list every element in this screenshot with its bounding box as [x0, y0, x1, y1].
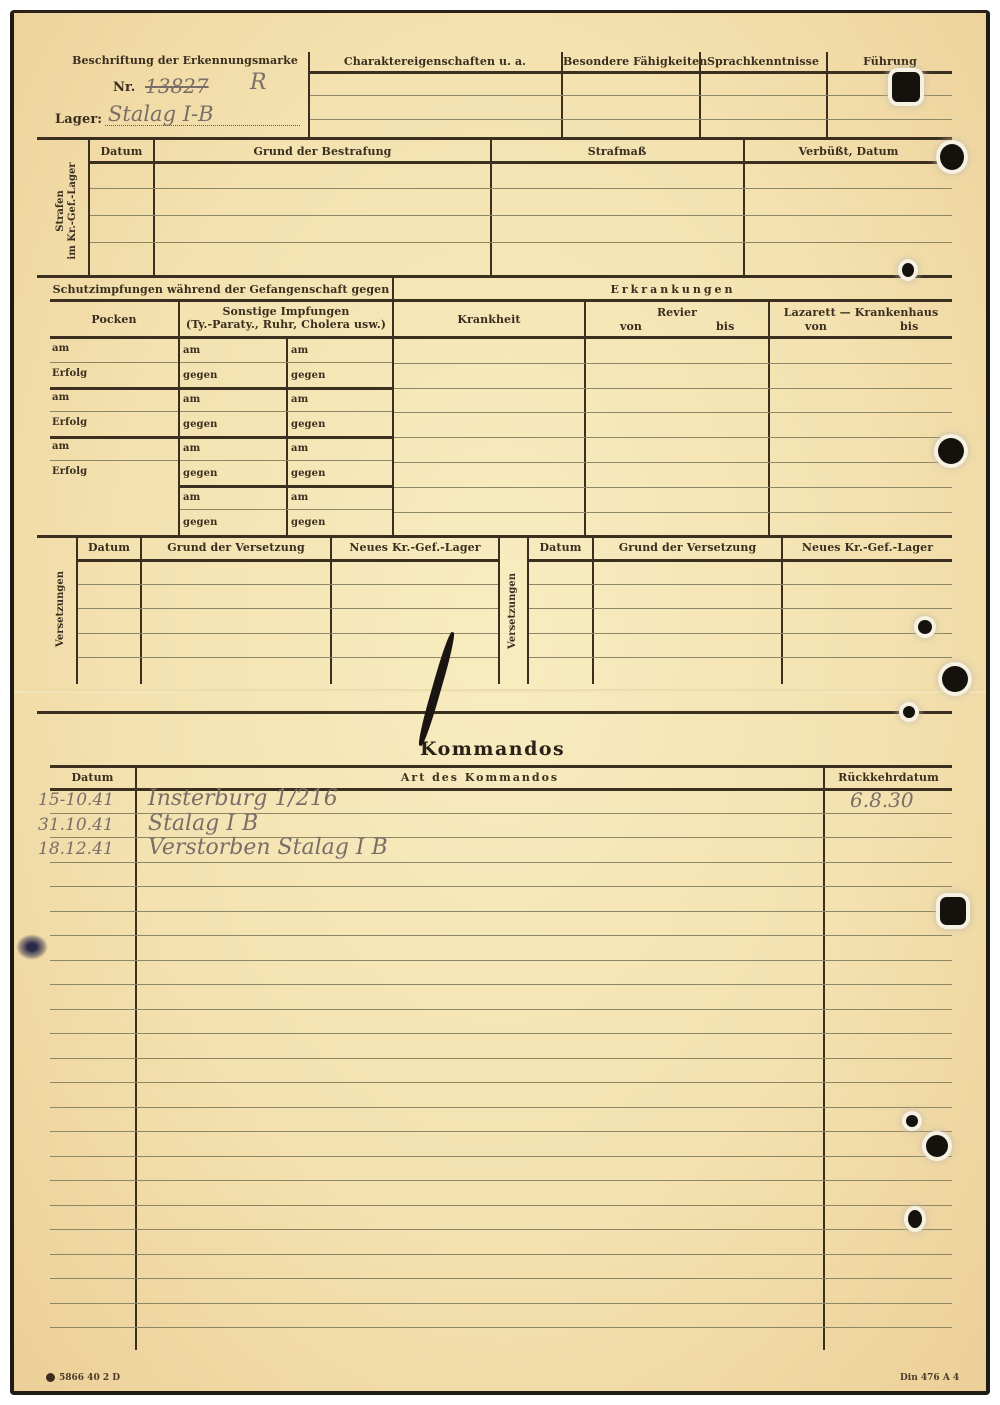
- row-rule: [529, 584, 952, 585]
- col-vers-datum-left: Datum: [78, 541, 140, 554]
- punch-hole-icon: [942, 666, 968, 692]
- impfungen-title: Schutzimpfungen während der Gefangenscha…: [50, 283, 392, 296]
- col-sonstige-impfungen: Sonstige Impfungen (Ty.-Paraty., Ruhr, C…: [180, 305, 392, 331]
- row-rule: [394, 512, 952, 513]
- row-rule: [180, 387, 392, 390]
- row-rule: [50, 960, 952, 961]
- row-rule: [50, 1327, 952, 1328]
- row-rule: [50, 460, 178, 461]
- row-rule: [394, 412, 952, 413]
- kommando-rueckkehr: 6.8.30: [850, 788, 914, 812]
- printer-seal-icon: [46, 1373, 55, 1382]
- col-vers-grund-left: Grund der Versetzung: [142, 541, 330, 554]
- row-rule: [50, 1033, 952, 1034]
- sonstige-row-label-a: gegen: [183, 370, 217, 381]
- row-rule: [180, 509, 392, 510]
- kommandos-title: Kommandos: [420, 738, 565, 760]
- sonstige-row-label-b: gegen: [291, 419, 325, 430]
- col-grund-der-bestrafung: Grund der Bestrafung: [155, 145, 490, 158]
- kommando-datum: 31.10.41: [38, 815, 114, 835]
- row-rule: [78, 584, 498, 585]
- col-charaktereigenschaften: Charaktereigenschaften u. a.: [310, 55, 560, 68]
- sonstige-row-label-b: am: [291, 492, 308, 503]
- row-rule: [50, 436, 178, 439]
- col-revier: Revier: [586, 306, 768, 319]
- kommando-art: Insterburg 1/216: [148, 786, 338, 811]
- row-rule: [50, 1131, 952, 1132]
- col-kommando-datum: Datum: [50, 771, 135, 784]
- punch-hole-icon: [918, 620, 932, 634]
- sonstige-row-label-a: gegen: [183, 419, 217, 430]
- pocken-row-label: am: [52, 343, 69, 354]
- row-rule: [50, 935, 952, 936]
- row-rule: [78, 633, 498, 634]
- row-rule: [529, 608, 952, 609]
- print-code: 5866 40 2 D: [46, 1373, 120, 1383]
- col-rueckkehrdatum: Rückkehrdatum: [825, 771, 952, 784]
- row-rule: [394, 388, 952, 389]
- row-rule: [394, 363, 952, 364]
- col-besondere-faehigkeiten: Besondere Fähigkeiten: [563, 55, 699, 68]
- row-rule: [394, 462, 952, 463]
- nr-suffix: R: [250, 70, 267, 95]
- row-rule: [50, 911, 952, 912]
- col-pocken: Pocken: [50, 313, 178, 326]
- row-rule: [50, 411, 178, 412]
- punch-hole-icon: [906, 1115, 918, 1127]
- col-sprachkenntnisse: Sprachkenntnisse: [701, 55, 825, 68]
- sonstige-row-label-b: gegen: [291, 370, 325, 381]
- lazarett-von: von: [805, 320, 827, 333]
- versetzungen-side-label-right: Versetzungen: [507, 551, 521, 671]
- row-rule: [50, 1180, 952, 1181]
- erkrankungen-title: Erkrankungen: [394, 283, 952, 296]
- row-rule: [50, 886, 952, 887]
- row-rule: [529, 633, 952, 634]
- col-vers-datum-right: Datum: [529, 541, 592, 554]
- sonstige-row-label-a: am: [183, 492, 200, 503]
- pocken-row-label: am: [52, 392, 69, 403]
- col-strafen-datum: Datum: [90, 145, 153, 158]
- revier-von: von: [620, 320, 642, 333]
- sonstige-row-label-a: gegen: [183, 517, 217, 528]
- sonstige-row-label-a: am: [183, 394, 200, 405]
- row-rule: [78, 657, 498, 658]
- kommando-art: Stalag I B: [148, 811, 258, 836]
- punch-hole-icon: [908, 1210, 922, 1228]
- nr-label: Nr.: [113, 80, 135, 95]
- pow-record-card: [10, 10, 990, 1395]
- row-rule: [50, 862, 952, 863]
- versetzungen-side-label-left: Versetzungen: [55, 549, 69, 669]
- pocken-row-label: am: [52, 441, 69, 452]
- col-strafmass: Strafmaß: [492, 145, 742, 158]
- pocken-row-label: Erfolg: [52, 466, 87, 477]
- sonstige-row-label-a: am: [183, 345, 200, 356]
- punch-hole-icon: [938, 438, 964, 464]
- row-rule: [50, 1156, 952, 1157]
- kommando-datum: 18.12.41: [38, 839, 114, 859]
- lazarett-bis: bis: [900, 320, 918, 333]
- row-rule: [78, 608, 498, 609]
- nr-value: 13827: [145, 74, 209, 98]
- row-rule: [394, 487, 952, 488]
- punch-hole-icon: [926, 1135, 948, 1157]
- col-vers-grund-right: Grund der Versetzung: [594, 541, 781, 554]
- col-art-des-kommandos: Art des Kommandos: [137, 771, 823, 784]
- strafen-side-label: Strafen im Kr.-Gef.-Lager: [55, 151, 81, 271]
- row-rule: [50, 1107, 952, 1108]
- lager-dotted-line: [105, 125, 300, 126]
- col-fuehrung: Führung: [828, 55, 952, 68]
- row-rule: [180, 411, 392, 412]
- row-rule: [50, 1058, 952, 1059]
- revier-bis: bis: [716, 320, 734, 333]
- row-rule: [180, 436, 392, 439]
- row-rule: [180, 362, 392, 363]
- col-vers-lager-left: Neues Kr.-Gef.-Lager: [332, 541, 498, 554]
- punch-hole-icon: [940, 897, 966, 925]
- kommando-datum: 15-10.41: [38, 790, 114, 810]
- din-label: Din 476 A 4: [900, 1373, 959, 1383]
- row-rule: [50, 387, 178, 390]
- kommando-art: Verstorben Stalag I B: [148, 835, 388, 860]
- sonstige-row-label-b: gegen: [291, 517, 325, 528]
- sonstige-row-label-b: am: [291, 443, 308, 454]
- punch-hole-icon: [902, 263, 914, 277]
- row-rule: [50, 984, 952, 985]
- row-rule: [50, 1303, 952, 1304]
- row-rule: [180, 485, 392, 488]
- row-rule: [394, 437, 952, 438]
- row-rule: [50, 1205, 952, 1206]
- sonstige-row-label-a: gegen: [183, 468, 217, 479]
- erkennungsmarke-title: Beschriftung der Erkennungsmarke: [60, 54, 310, 67]
- row-rule: [529, 657, 952, 658]
- row-rule: [50, 1229, 952, 1230]
- col-krankheit: Krankheit: [394, 313, 584, 326]
- row-rule: [50, 1278, 952, 1279]
- row-rule: [50, 1009, 952, 1010]
- row-rule: [50, 1082, 952, 1083]
- row-rule: [50, 362, 178, 363]
- punch-hole-icon: [892, 72, 920, 102]
- lager-label: Lager:: [55, 112, 102, 127]
- col-verbuesst-datum: Verbüßt, Datum: [745, 145, 952, 158]
- ink-smudge: [16, 934, 48, 960]
- sonstige-row-label-a: am: [183, 443, 200, 454]
- sonstige-row-label-b: gegen: [291, 468, 325, 479]
- punch-hole-icon: [940, 144, 964, 170]
- fold-crease: [14, 689, 990, 693]
- row-rule: [50, 1254, 952, 1255]
- row-rule: [180, 460, 392, 461]
- punch-hole-icon: [903, 706, 915, 718]
- col-lazarett: Lazarett — Krankenhaus: [770, 306, 952, 319]
- sonstige-row-label-b: am: [291, 345, 308, 356]
- pocken-row-label: Erfolg: [52, 417, 87, 428]
- col-vers-lager-right: Neues Kr.-Gef.-Lager: [783, 541, 952, 554]
- lager-value: Stalag I-B: [108, 102, 214, 126]
- pocken-row-label: Erfolg: [52, 368, 87, 379]
- sonstige-row-label-b: am: [291, 394, 308, 405]
